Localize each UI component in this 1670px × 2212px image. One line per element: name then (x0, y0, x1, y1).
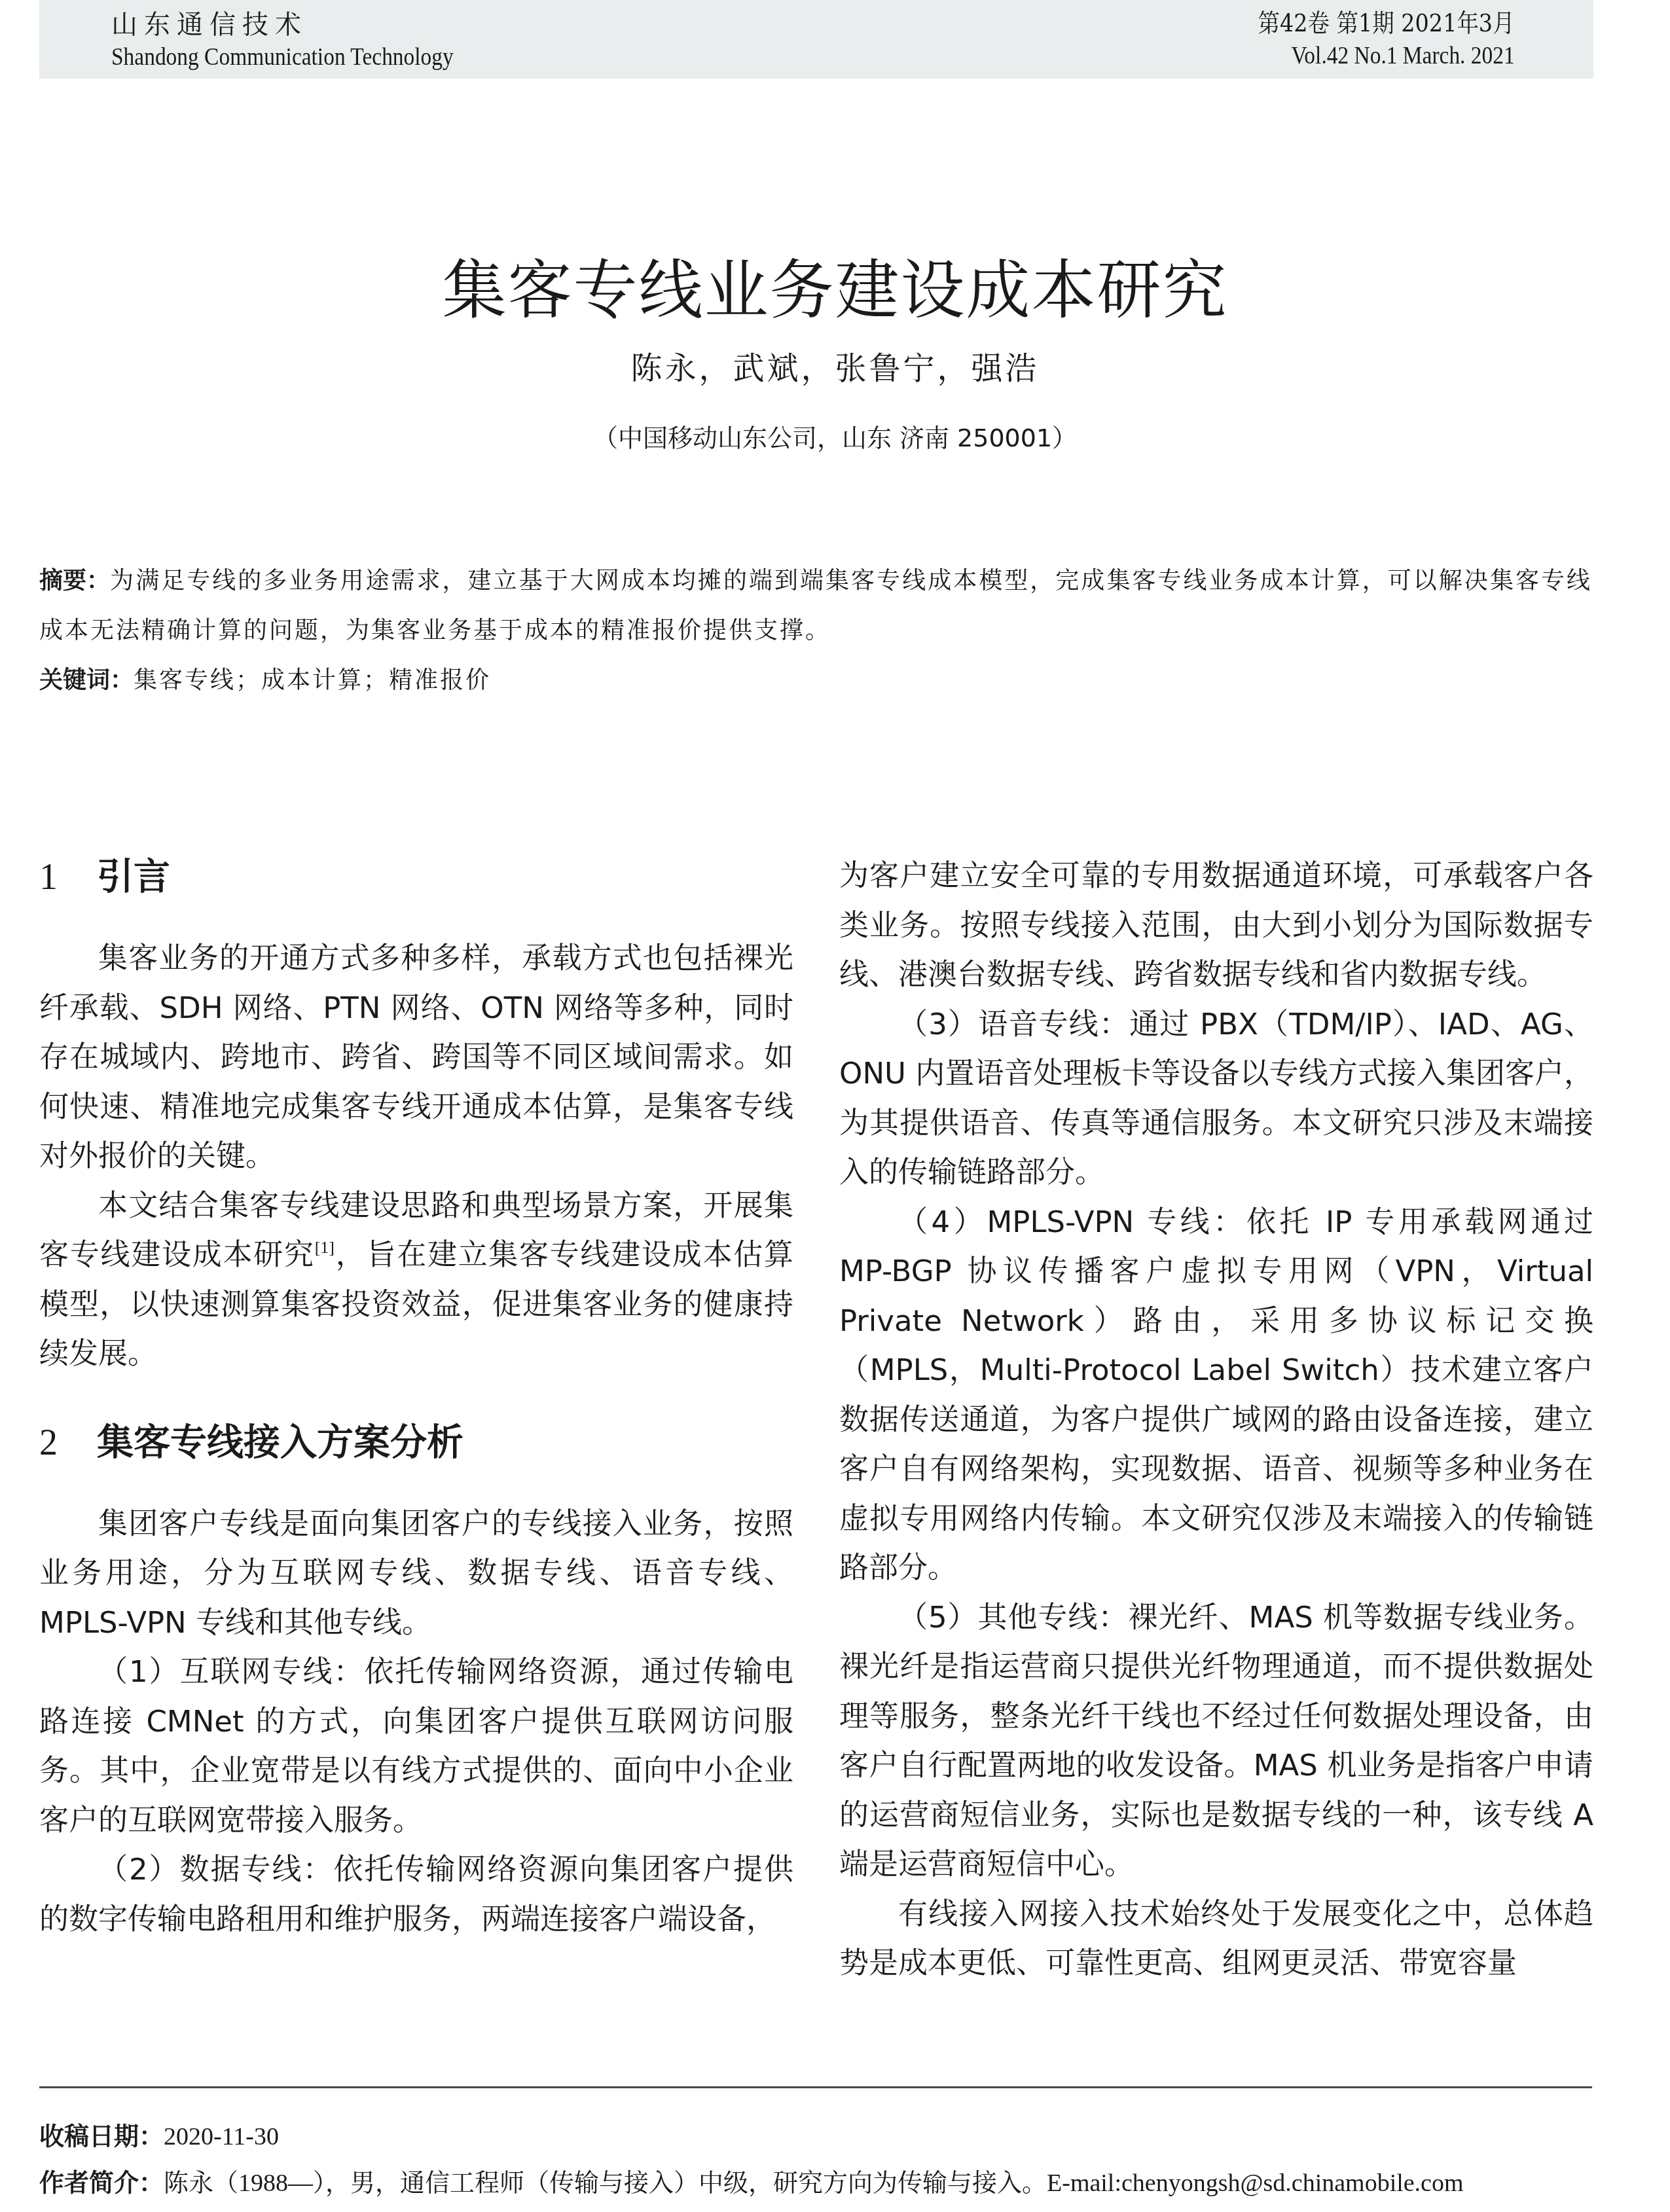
list-item-internet-line: （1）互联网专线：依托传输网络资源，通过传输电路连接 CMNet 的方式，向集团… (39, 1647, 793, 1845)
keywords-label: 关键词： (39, 667, 134, 694)
received-date-label: 收稿日期： (39, 2122, 164, 2150)
list-item-voice-line: （3）语音专线：通过 PBX（TDM/IP）、IAD、AG、ONU 内置语音处理… (839, 1000, 1593, 1197)
author-list: 陈永，武斌，张鲁宁，强浩 (0, 349, 1670, 388)
paragraph: 集客业务的开通方式多种多样，承载方式也包括裸光纤承载、SDH 网络、PTN 网络… (39, 934, 793, 1181)
author-affiliation: （中国移动山东公司，山东 济南 250001） (0, 422, 1670, 454)
section-number: 1 (39, 851, 97, 903)
footer-divider (39, 2086, 1592, 2088)
abstract-text: 为满足专线的多业务用途需求，建立基于大网成本均摊的端到端集客专线成本模型，完成集… (39, 568, 1592, 644)
section-2-heading: 2集客专线接入方案分析 (39, 1417, 793, 1469)
issue-info-cn: 第42卷 第1期 2021年3月 (1258, 8, 1515, 38)
body-column-right: 为客户建立安全可靠的专用数据通道环境，可承载客户各类业务。按照专线接入范围，由大… (839, 851, 1593, 1988)
body-column-left: 1引言 集客业务的开通方式多种多样，承载方式也包括裸光纤承载、SDH 网络、PT… (39, 851, 793, 1944)
keywords: 关键词：集客专线；成本计算；精准报价 (39, 656, 1592, 706)
paragraph: 本文结合集客专线建设思路和典型场景方案，开展集客专线建设成本研究[1]，旨在建立… (39, 1181, 793, 1379)
author-bio-value: 陈永（1988—），男，通信工程师（传输与接入）中级，研究方向为传输与接入。E-… (164, 2169, 1464, 2197)
author-bio-label: 作者简介： (39, 2168, 164, 2197)
received-date-value: 2020-11-30 (164, 2123, 279, 2150)
footnote-section: 收稿日期：2020-11-30 作者简介：陈永（1988—），男，通信工程师（传… (39, 2113, 1637, 2206)
section-title: 集客专线接入方案分析 (97, 1421, 463, 1464)
keywords-text: 集客专线；成本计算；精准报价 (134, 667, 491, 694)
paragraph: 集团客户专线是面向集团客户的专线接入业务，按照业务用途，分为互联网专线、数据专线… (39, 1499, 793, 1648)
list-item-other-line: （5）其他专线：裸光纤、MAS 机等数据专线业务。裸光纤是指运营商只提供光纤物理… (839, 1593, 1593, 1889)
author-bio: 作者简介：陈永（1988—），男，通信工程师（传输与接入）中级，研究方向为传输与… (39, 2160, 1637, 2206)
section-title: 引言 (97, 856, 170, 898)
paper-title: 集客专线业务建设成本研究 (0, 251, 1670, 330)
section-number: 2 (39, 1417, 97, 1469)
paragraph-continuation: 为客户建立安全可靠的专用数据通道环境，可承载客户各类业务。按照专线接入范围，由大… (839, 851, 1593, 1000)
section-1-heading: 1引言 (39, 851, 793, 903)
abstract-section: 摘要：为满足专线的多业务用途需求，建立基于大网成本均摊的端到端集客专线成本模型，… (39, 556, 1592, 706)
abstract-label: 摘要： (39, 568, 110, 594)
paragraph: 有线接入网接入技术始终处于发展变化之中，总体趋势是成本更低、可靠性更高、组网更灵… (839, 1889, 1593, 1988)
journal-header: 山东通信技术 Shandong Communication Technology… (39, 0, 1593, 79)
received-date: 收稿日期：2020-11-30 (39, 2113, 1637, 2160)
abstract: 摘要：为满足专线的多业务用途需求，建立基于大网成本均摊的端到端集客专线成本模型，… (39, 556, 1592, 656)
journal-name-cn: 山东通信技术 (111, 9, 308, 41)
citation-ref[interactable]: [1] (315, 1238, 335, 1257)
journal-name-en: Shandong Communication Technology (111, 42, 454, 72)
list-item-data-line: （2）数据专线：依托传输网络资源向集团客户提供的数字传输电路租用和维护服务，两端… (39, 1845, 793, 1944)
list-item-mpls-vpn-line: （4）MPLS-VPN 专线：依托 IP 专用承载网通过 MP-BGP 协议传播… (839, 1197, 1593, 1593)
issue-info-en: Vol.42 No.1 March. 2021 (1292, 41, 1515, 71)
